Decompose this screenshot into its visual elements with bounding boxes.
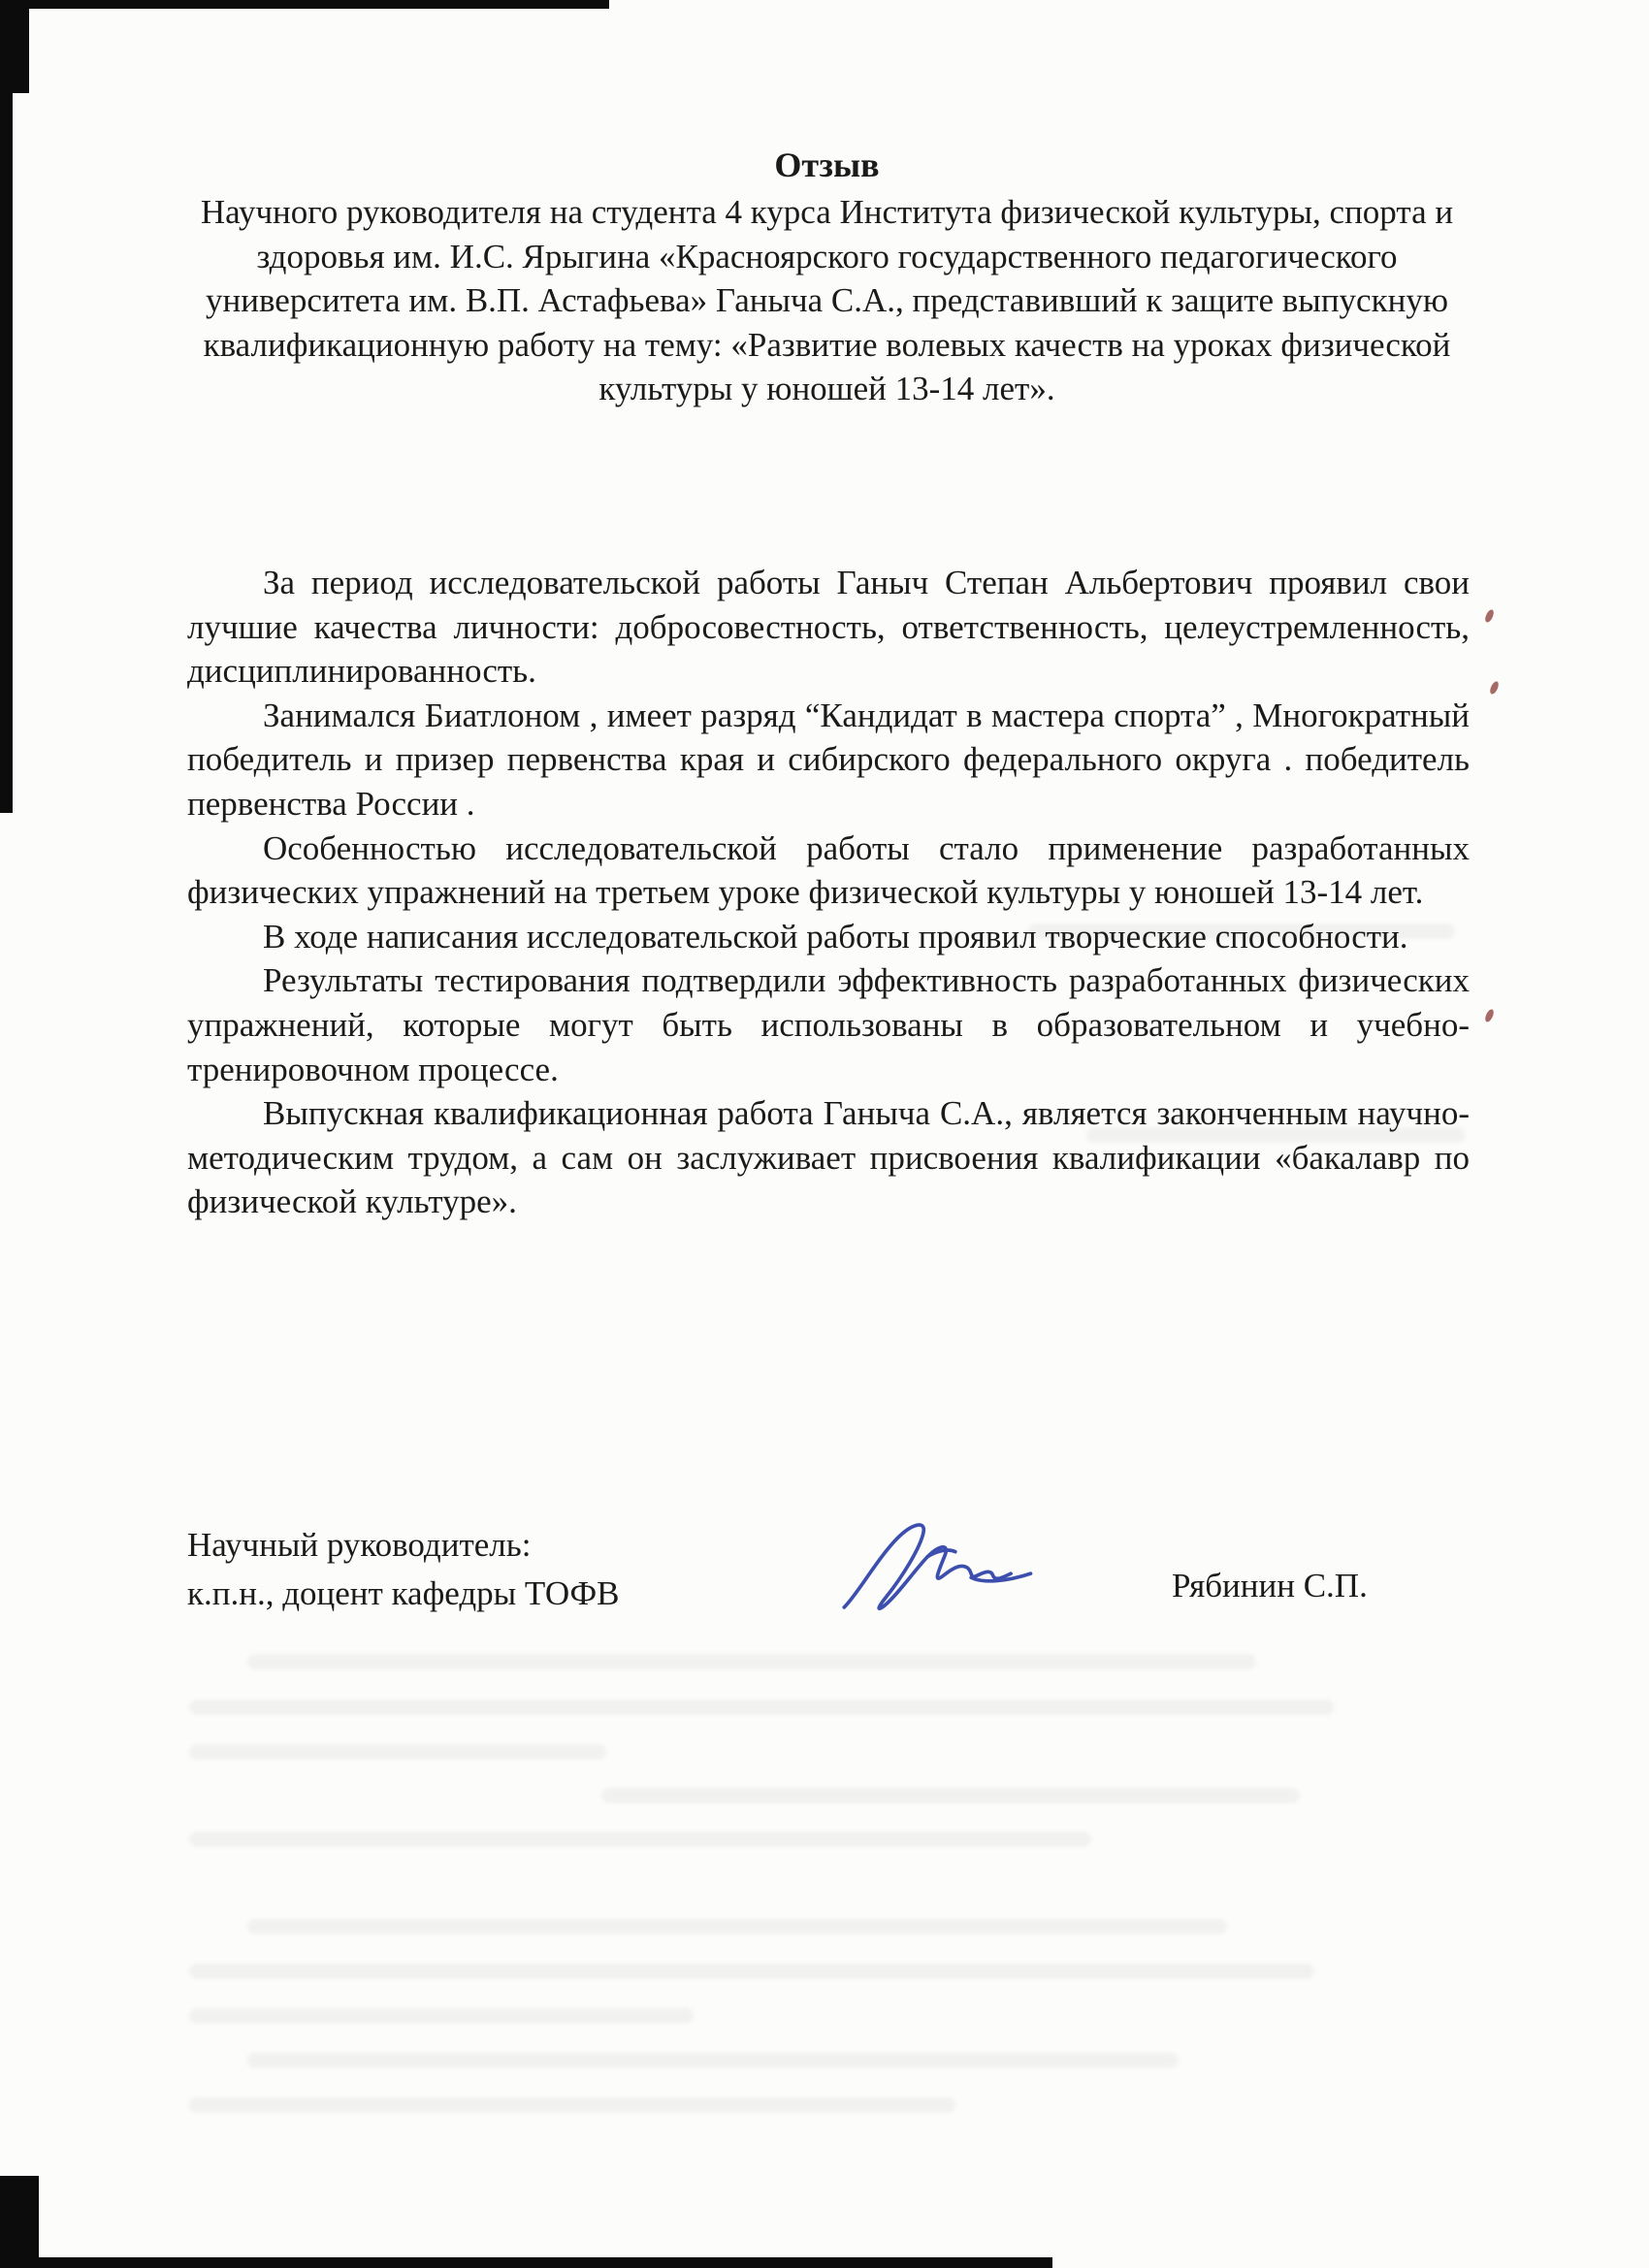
document-title: Отзыв bbox=[184, 144, 1470, 186]
body-paragraph: За период исследовательской работы Ганыч… bbox=[187, 561, 1470, 694]
scan-artifact-bottom-edge bbox=[0, 2257, 1052, 2268]
scan-ghosting bbox=[189, 1963, 1314, 1979]
scan-ghosting bbox=[189, 2097, 955, 2113]
scan-artifact-bottom-left-corner bbox=[0, 2176, 39, 2268]
ink-speck bbox=[1484, 608, 1495, 623]
body-paragraph: Результаты тестирования подтвердили эффе… bbox=[187, 958, 1470, 1091]
scan-ghosting bbox=[189, 1744, 606, 1760]
body-paragraph: Выпускная квалификационная работа Ганыча… bbox=[187, 1091, 1470, 1224]
ink-speck bbox=[1489, 680, 1500, 695]
body-paragraph: Занимался Биатлоном , имеет разряд “Канд… bbox=[187, 694, 1470, 826]
signee-name: Рябинин С.П. bbox=[1172, 1564, 1368, 1607]
scan-ghosting bbox=[189, 2008, 694, 2024]
scan-ghosting bbox=[247, 1919, 1227, 1934]
body-paragraph: В ходе написания исследовательской работ… bbox=[187, 915, 1470, 959]
scanned-review-page: Отзыв Научного руководителя на студента … bbox=[0, 0, 1649, 2268]
scan-ghosting bbox=[601, 1788, 1300, 1803]
scan-ghosting bbox=[247, 2053, 1179, 2068]
handwritten-signature bbox=[832, 1509, 1051, 1624]
signature-role-line2: к.п.н., доцент кафедры ТОФВ bbox=[187, 1570, 924, 1618]
ink-speck bbox=[1484, 1008, 1495, 1022]
signature-role-block: Научный руководитель: к.п.н., доцент каф… bbox=[187, 1521, 924, 1618]
signature-role-line1: Научный руководитель: bbox=[187, 1521, 924, 1570]
scan-ghosting bbox=[247, 1654, 1256, 1669]
document-body: За период исследовательской работы Ганыч… bbox=[187, 561, 1470, 1224]
scan-artifact-left-edge bbox=[0, 0, 13, 813]
scan-ghosting bbox=[189, 1831, 1091, 1847]
document-header: Научного руководителя на студента 4 курс… bbox=[184, 190, 1470, 411]
scan-artifact-top-edge bbox=[0, 0, 609, 9]
scan-ghosting bbox=[189, 1700, 1334, 1715]
body-paragraph: Особенностью исследовательской работы ст… bbox=[187, 826, 1470, 915]
